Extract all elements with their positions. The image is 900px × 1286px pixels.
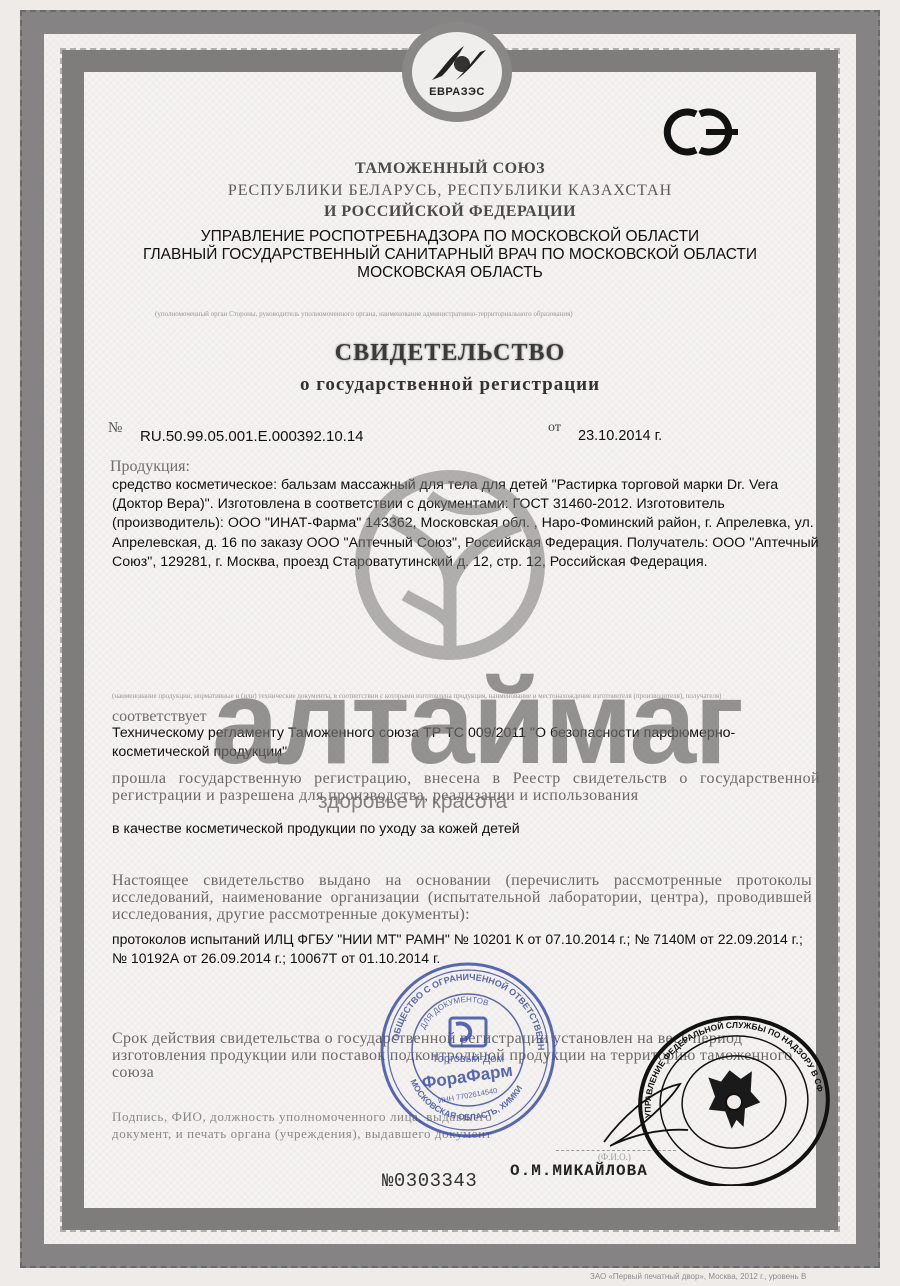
registration-statement: прошла государственную регистрацию, внес… xyxy=(112,770,820,804)
signature-label: Подпись, ФИО, должность уполномоченного … xyxy=(112,1108,512,1142)
authority-line-2: ГЛАВНЫЙ ГОСУДАРСТВЕННЫЙ САНИТАРНЫЙ ВРАЧ … xyxy=(0,246,900,264)
basis-statement: Настоящее свидетельство выдано на основа… xyxy=(112,872,812,923)
customs-union-title: ТАМОЖЕННЫЙ СОЮЗ xyxy=(0,160,900,178)
printer-footer: ЗАО «Первый печатный двор», Москва, 2012… xyxy=(590,1272,806,1281)
certificate-date-label: от xyxy=(548,420,561,436)
product-label: Продукция: xyxy=(110,458,190,476)
product-caption: (наименование продукции, нормативные и (… xyxy=(112,692,722,700)
document-title: СВИДЕТЕЛЬСТВО xyxy=(0,340,900,367)
product-description: средство косметическое: бальзам массажны… xyxy=(112,476,824,572)
authority-line-3: МОСКОВСКАЯ ОБЛАСТЬ xyxy=(0,264,900,282)
customs-union-members-2: И РОССИЙСКОЙ ФЕДЕРАЦИИ xyxy=(0,203,900,221)
eurasec-emblem-icon xyxy=(428,42,490,84)
eurasec-logo-text: ЕВРАЗЭС xyxy=(429,86,485,98)
customs-union-conformity-mark-icon xyxy=(652,104,744,160)
certificate-number: RU.50.99.05.001.E.000392.10.14 xyxy=(140,428,364,445)
document-subtitle: о государственной регистрации xyxy=(0,374,900,396)
form-serial-number: №0303343 xyxy=(382,1170,477,1192)
usage-scope: в качестве косметической продукции по ух… xyxy=(112,821,520,837)
signature-line xyxy=(556,1150,676,1151)
eurasec-logo: ЕВРАЗЭС xyxy=(402,22,512,122)
validity-statement: Срок действия свидетельства о государств… xyxy=(112,1030,832,1081)
technical-regulation: Техническому регламенту Таможенного союз… xyxy=(112,724,824,762)
authority-line-1: УПРАВЛЕНИЕ РОСПОТРЕБНАДЗОРА ПО МОСКОВСКО… xyxy=(0,228,900,246)
certificate-date: 23.10.2014 г. xyxy=(578,428,662,444)
customs-union-members: РЕСПУБЛИКИ БЕЛАРУСЬ, РЕСПУБЛИКИ КАЗАХСТА… xyxy=(0,182,900,200)
certificate-page: ЕВРАЗЭС ТАМОЖЕННЫЙ СОЮЗ РЕСПУБЛИКИ БЕЛАР… xyxy=(0,0,900,1286)
signer-name: О.М.МИКАЙЛОВА xyxy=(510,1162,648,1180)
certificate-number-label: № xyxy=(108,420,122,437)
signature-hint: (Ф.И.О.) xyxy=(598,1152,631,1162)
authority-caption: (уполномоченный орган Стороны, руководит… xyxy=(155,310,573,318)
issuing-authority: УПРАВЛЕНИЕ РОСПОТРЕБНАДЗОРА ПО МОСКОВСКО… xyxy=(0,228,900,282)
test-protocols: протоколов испытаний ИЛЦ ФГБУ "НИИ МТ" Р… xyxy=(112,930,812,968)
